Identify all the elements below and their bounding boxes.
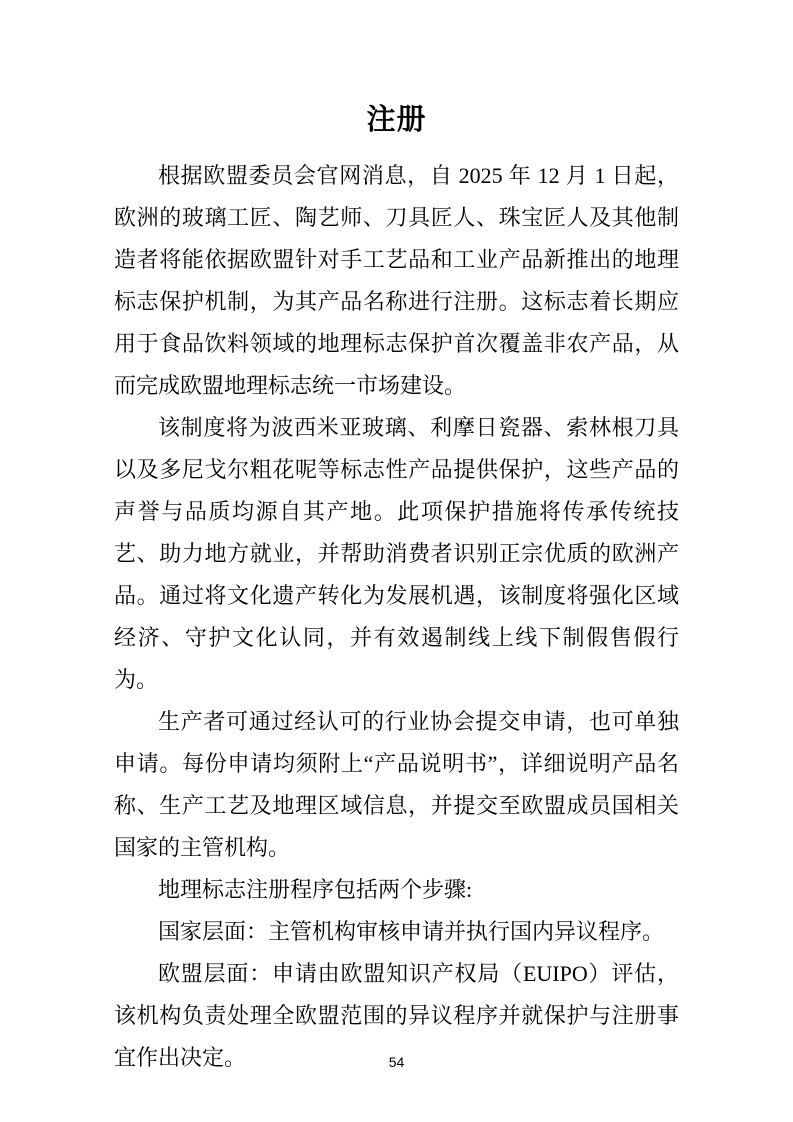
page-number-label: 54 <box>0 1054 793 1070</box>
paragraph: 根据欧盟委员会官网消息，自 2025 年 12 月 1 日起，欧洲的玻璃工匠、陶… <box>114 155 679 407</box>
page-title: 注册 <box>114 95 679 145</box>
paragraph: 地理标志注册程序包括两个步骤: <box>114 869 679 911</box>
paragraph: 该制度将为波西米亚玻璃、利摩日瓷器、索林根刀具以及多尼戈尔粗花呢等标志性产品提供… <box>114 407 679 701</box>
paragraph: 生产者可通过经认可的行业协会提交申请，也可单独申请。每份申请均须附上“产品说明书… <box>114 701 679 869</box>
paragraph: 国家层面：主管机构审核申请并执行国内异议程序。 <box>114 911 679 953</box>
document-page: 注册 根据欧盟委员会官网消息，自 2025 年 12 月 1 日起，欧洲的玻璃工… <box>0 0 793 1122</box>
document-body: 根据欧盟委员会官网消息，自 2025 年 12 月 1 日起，欧洲的玻璃工匠、陶… <box>114 155 679 1079</box>
